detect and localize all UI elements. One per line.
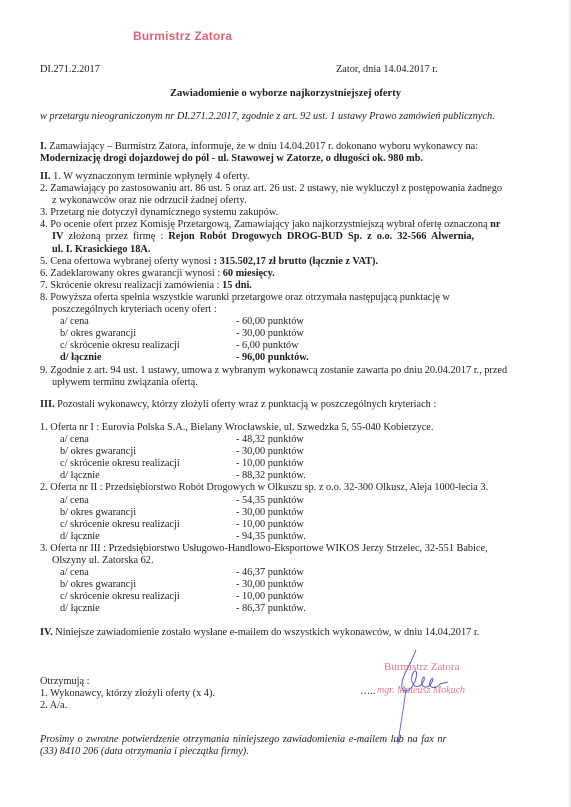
contract-subject: Modernizację drogi dojazdowej do pól - u… [40, 153, 485, 165]
winner-company: Rejon Robót Drogowych DROG-BUD Sp. z o.o… [168, 231, 474, 242]
criteria-value: - 86,37 punktów. [236, 603, 306, 615]
document-page: Burmistrz Zatora DI.271.2.2017 Zator, dn… [0, 0, 571, 807]
warranty-value: 60 miesięcy. [223, 268, 275, 279]
section-4-text: Niniejsze zawiadomienie zostało wysłane … [53, 627, 480, 638]
winner-address: ul. I. Krasickiego 18A. [40, 244, 485, 256]
offer-2: 2. Oferta nr II : Przedsiębiorstwo Robót… [40, 482, 485, 542]
section-4: IV. Niniejsze zawiadomienie zostało wysł… [40, 627, 485, 639]
criteria-value: - 54,35 punktów [236, 495, 304, 507]
section-2-item-3: 3. Przetarg nie dotyczył dynamicznego sy… [40, 207, 485, 219]
section-2-item-1: 1. W wyznaczonym terminie wpłynęły 4 ofe… [51, 171, 250, 182]
criteria-row: b/ okres gwarancji- 30,00 punktów [40, 328, 485, 340]
price-value: : 315.502,17 zł brutto (łącznie z VAT). [214, 256, 378, 267]
section-2-item-9: 9. Zgodnie z art. 94 ust. 1 ustawy, umow… [40, 365, 485, 377]
criteria-value: - 10,00 punktów [236, 519, 304, 531]
criteria-label: b/ okres gwarancji [60, 507, 136, 519]
offer-3: 3. Oferta nr III : Przedsiębiorstwo Usłu… [40, 543, 485, 616]
criteria-value: - 30,00 punktów [236, 507, 304, 519]
section-3: III. Pozostali wykonawcy, którzy złożyli… [40, 399, 485, 411]
section-3-numeral: III. [40, 399, 55, 410]
criteria-label: c/ skrócenie okresu realizacji [60, 591, 180, 603]
other-offers: 1. Oferta nr I : Eurovia Polska S.A., Bi… [40, 422, 485, 616]
criteria-value: - 88,32 punktów. [236, 470, 306, 482]
criteria-label: a/ cena [60, 434, 89, 446]
reference-number: DI.271.2.2017 [40, 64, 100, 76]
price-label: 5. Cena ofertowa wybranej oferty wynosi [40, 256, 214, 267]
section-2-item-8: 8. Powyższa oferta spełnia wszystkie war… [40, 292, 485, 304]
criteria-label: d/ łącznie [60, 531, 100, 543]
mayor-stamp: Burmistrz Zatora [133, 30, 232, 42]
criteria-label: d/ łącznie [60, 603, 100, 615]
criteria-value: - 30,00 punktów [236, 579, 304, 591]
section-2-item-8-cont: poszczególnych kryteriach oceny ofert : [40, 304, 485, 316]
closing-note: Prosimy o zwrotne potwierdzenie otrzyman… [40, 734, 485, 758]
criteria-label: c/ skrócenie okresu realizacji [60, 458, 180, 470]
offer-1: 1. Oferta nr I : Eurovia Polska S.A., Bi… [40, 422, 485, 482]
shortening-value: 15 dni. [222, 280, 252, 291]
criteria-row: c/ skrócenie okresu realizacji- 6,00 pun… [40, 340, 485, 352]
section-2-item-4: 4. Po ocenie ofert przez Komisję Przetar… [40, 219, 490, 230]
criteria-row: a/ cena- 60,00 punktów [40, 316, 485, 328]
section-1: I. Zamawiający – Burmistrz Zatora, infor… [40, 141, 485, 165]
criteria-value: - 46,37 punktów [236, 567, 304, 579]
warranty-label: 6. Zadeklarowany okres gwarancji wynosi … [40, 268, 223, 279]
criteria-value: - 94,35 punktów. [236, 531, 306, 543]
criteria-row-total: d/ łącznie- 96,00 punktów. [40, 352, 485, 364]
criteria-label: b/ okres gwarancji [60, 446, 136, 458]
offer-number-label: nr [490, 219, 500, 230]
submitted-by: złożoną przez firmę : [63, 231, 168, 242]
closing-line-2: (33) 8410 206 (data otrzymania i piecząt… [40, 746, 485, 758]
offer-3-header-cont: Olszyny ul. Zatorska 62. [40, 555, 485, 567]
criteria-value: - 10,00 punktów [236, 458, 304, 470]
criteria-label: b/ okres gwarancji [60, 579, 136, 591]
closing-line-1: Prosimy o zwrotne potwierdzenie otrzyman… [40, 734, 485, 746]
offer-1-header: 1. Oferta nr I : Eurovia Polska S.A., Bi… [40, 422, 485, 434]
offer-number: IV [52, 231, 63, 242]
signature-dots: ….. [360, 686, 375, 698]
document-subtitle: w przetargu nieograniczonym nr DI.271.2.… [40, 111, 495, 123]
criteria-label: a/ cena [60, 495, 89, 507]
criteria-value: - 30,00 punktów [236, 446, 304, 458]
section-2-item-9-cont: upływem terminu związania ofertą. [40, 377, 485, 389]
handwritten-signature-icon [380, 648, 470, 748]
section-3-text: Pozostali wykonawcy, którzy złożyli ofer… [55, 399, 437, 410]
section-1-numeral: I. [40, 141, 47, 152]
criteria-label: c/ skrócenie okresu realizacji [60, 519, 180, 531]
section-2: II. 1. W wyznaczonym terminie wpłynęły 4… [40, 171, 485, 389]
offer-3-header: 3. Oferta nr III : Przedsiębiorstwo Usłu… [40, 543, 485, 555]
section-2-item-2-cont: z wykonawców oraz nie odrzucił żadnej of… [40, 195, 485, 207]
offer-2-header: 2. Oferta nr II : Przedsiębiorstwo Robót… [40, 482, 485, 494]
criteria-label: a/ cena [60, 567, 89, 579]
section-2-item-2: 2. Zamawiający po zastosowaniu art. 86 u… [40, 183, 485, 195]
winner-criteria: a/ cena- 60,00 punktów b/ okres gwarancj… [40, 316, 485, 364]
document-title: Zawiadomienie o wyborze najkorzystniejsz… [0, 88, 571, 100]
place-date: Zator, dnia 14.04.2017 r. [336, 64, 438, 76]
criteria-label: d/ łącznie [60, 470, 100, 482]
section-1-text: Zamawiający – Burmistrz Zatora, informuj… [47, 141, 479, 152]
section-2-numeral: II. [40, 171, 51, 182]
criteria-value: - 10,00 punktów [236, 591, 304, 603]
criteria-value: - 48,32 punktów [236, 434, 304, 446]
shortening-label: 7. Skrócenie okresu realizacji zamówieni… [40, 280, 222, 291]
section-4-numeral: IV. [40, 627, 53, 638]
